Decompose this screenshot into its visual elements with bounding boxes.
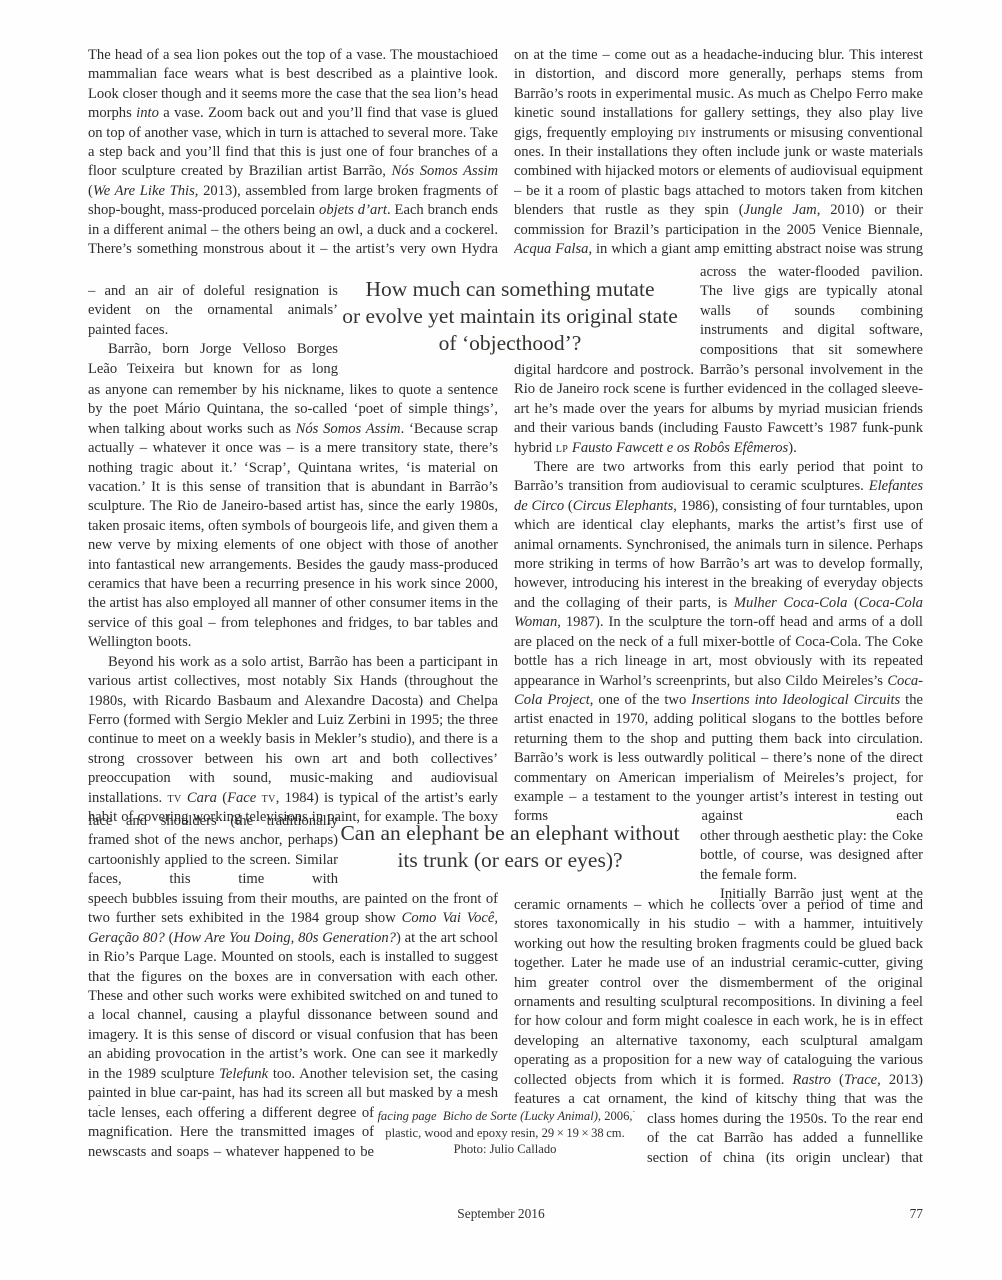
body-paragraph: speech bubbles issuing from their mouths…	[88, 890, 498, 1106]
pull-quote-elephant: Can an elephant be an elephant withoutit…	[300, 820, 720, 874]
body-paragraph: There are two artworks from this early p…	[514, 458, 923, 827]
body-paragraph: tacle lenses, each offering a different …	[88, 1104, 374, 1162]
right-column-block-4-wrap-around-quote: other through aesthetic play: the Coke b…	[700, 827, 923, 907]
right-column-block-3: digital hardcore and postrock. Barrão’s …	[514, 361, 923, 829]
body-paragraph: class homes during the 1950s. To the rea…	[647, 1110, 923, 1171]
right-column-block-5: ceramic ornaments – which he collects ov…	[514, 896, 923, 1112]
left-column-block-5: speech bubbles issuing from their mouths…	[88, 890, 498, 1106]
right-column-block-6-wrap-around-caption: class homes during the 1950s. To the rea…	[647, 1110, 923, 1171]
body-paragraph: on at the time – come out as a headache-…	[514, 46, 923, 259]
image-caption: facing page Bicho de Sorte (Lucky Animal…	[368, 1108, 642, 1158]
body-paragraph: as anyone can remember by his nickname, …	[88, 381, 498, 653]
left-column-block-3: as anyone can remember by his nickname, …	[88, 381, 498, 830]
right-column-block-1: on at the time – come out as a headache-…	[514, 46, 923, 263]
body-paragraph: The head of a sea lion pokes out the top…	[88, 46, 498, 259]
body-paragraph: ceramic ornaments – which he collects ov…	[514, 896, 923, 1112]
left-column-block-1: The head of a sea lion pokes out the top…	[88, 46, 498, 282]
body-paragraph: digital hardcore and postrock. Barrão’s …	[514, 361, 923, 458]
right-column-block-2-wrap-around-quote: across the water-flooded pavilion. The l…	[700, 263, 923, 362]
footer-page-number: 77	[88, 1206, 923, 1222]
pull-quote-objecthood: How much can something mutateor evolve y…	[300, 276, 720, 357]
body-paragraph: across the water-flooded pavilion. The l…	[700, 263, 923, 362]
magazine-page: The head of a sea lion pokes out the top…	[0, 0, 1002, 1280]
left-column-block-6-wrap-around-caption: tacle lenses, each offering a different …	[88, 1104, 374, 1165]
body-paragraph: Beyond his work as a solo artist, Barrão…	[88, 653, 498, 830]
body-paragraph: other through aesthetic play: the Coke b…	[700, 827, 923, 885]
